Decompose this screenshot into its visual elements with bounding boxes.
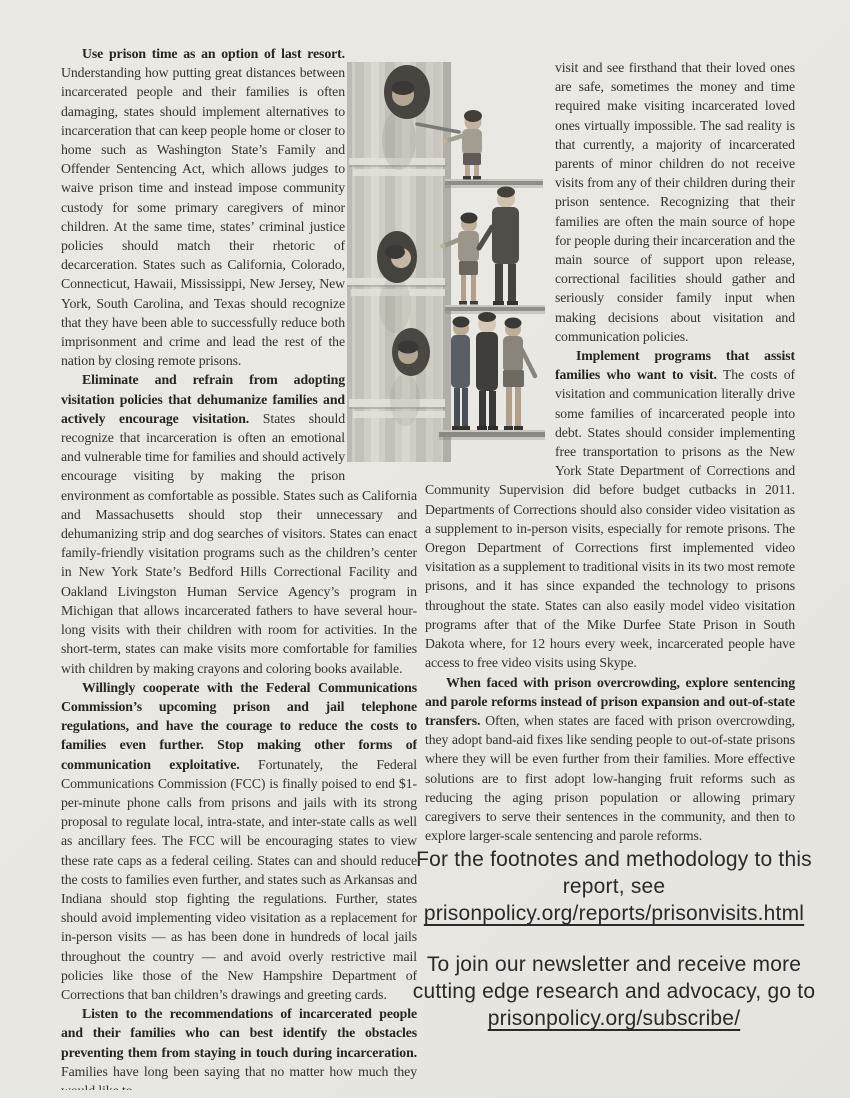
- inner-figure-silhouette: [382, 110, 416, 170]
- peeking-face-hair: [392, 81, 415, 95]
- newsletter-note: To join our newsletter and receive more …: [398, 951, 830, 1032]
- report-link[interactable]: prisonpolicy.org/reports/prisonvisits.ht…: [424, 902, 804, 925]
- paragraph-body: Fortunately, the Federal Communications …: [61, 757, 417, 1002]
- paragraph-body: Families have long been saying that no m…: [61, 1064, 417, 1090]
- footer-notes: For the footnotes and methodology to thi…: [398, 846, 830, 1056]
- subscribe-link[interactable]: prisonpolicy.org/subscribe/: [488, 1007, 740, 1030]
- inner-figure-silhouette: [379, 277, 411, 333]
- paragraph: When faced with prison overcrowding, exp…: [425, 673, 795, 845]
- newsletter-note-text: To join our newsletter and receive more …: [413, 953, 815, 1003]
- footnotes-note-text: For the footnotes and methodology to thi…: [416, 848, 812, 898]
- paragraph-lead: Listen to the recommendations of incarce…: [61, 1006, 417, 1059]
- footnotes-note: For the footnotes and methodology to thi…: [398, 846, 830, 927]
- paragraph-body: Often, when states are faced with prison…: [425, 713, 795, 843]
- right-column: visit and see firsthand that their loved…: [425, 58, 795, 844]
- paragraph-body: Understanding how putting great distance…: [61, 65, 345, 368]
- paragraph: Willingly cooperate with the Federal Com…: [61, 678, 417, 1004]
- inner-figure-silhouette: [390, 374, 420, 426]
- illustration-wrap-spacer: [425, 58, 555, 463]
- peeking-face-hair: [385, 245, 405, 259]
- paragraph: Listen to the recommendations of incarce…: [61, 1004, 417, 1090]
- peeking-face-hair: [398, 341, 419, 354]
- report-page: Use prison time as an option of last res…: [0, 0, 850, 1098]
- paragraph-lead: Use prison time as an option of last res…: [82, 46, 345, 61]
- paragraph-body: visit and see firsthand that their loved…: [555, 60, 795, 344]
